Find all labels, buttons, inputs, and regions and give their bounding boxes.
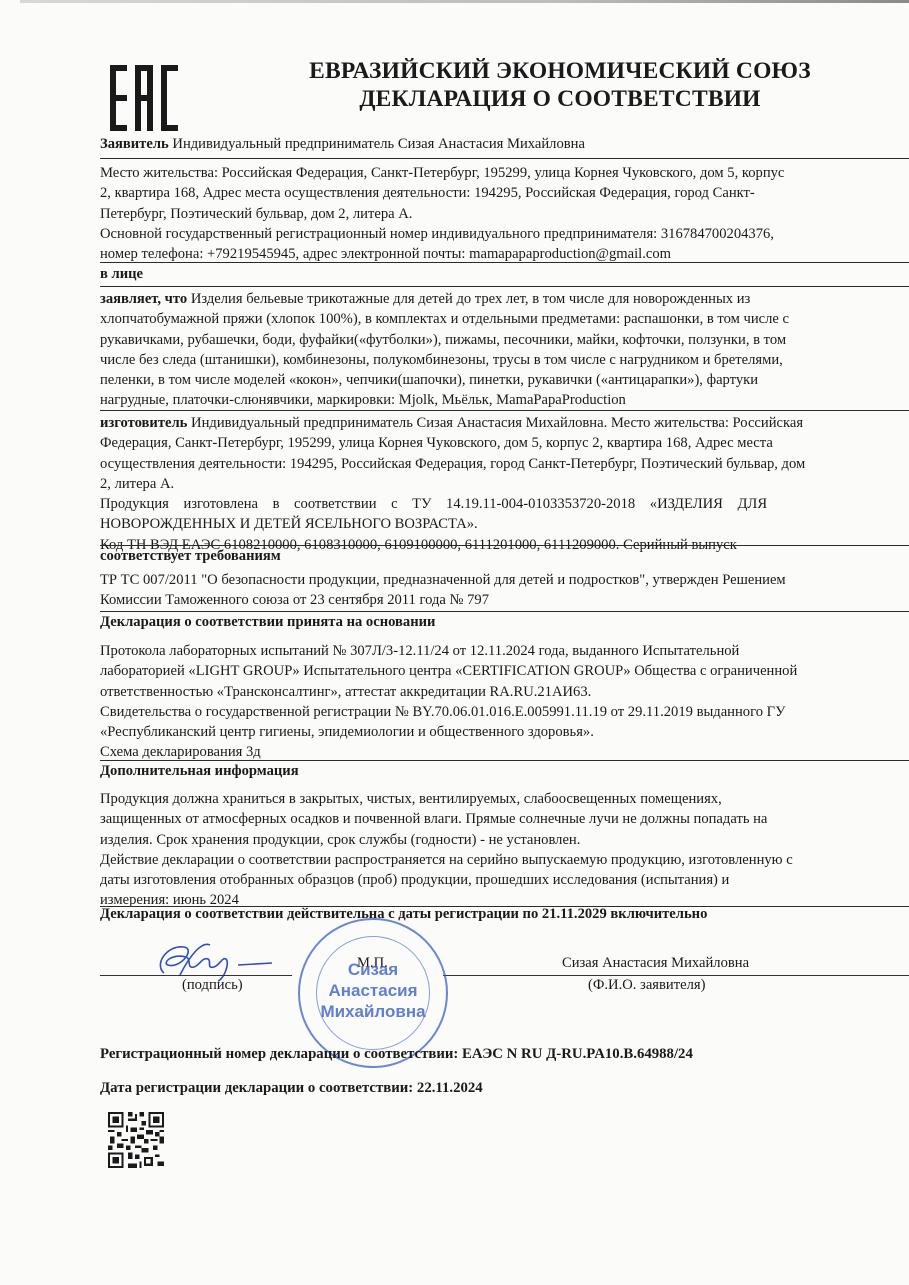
name-caption: (Ф.И.О. заявителя) xyxy=(588,977,705,994)
name-line xyxy=(443,975,909,976)
declares-label: заявляет, что xyxy=(100,291,187,307)
tu-line: Продукция изготовлена в соответствии с Т… xyxy=(100,494,909,514)
registration-date: Дата регистрации декларации о соответств… xyxy=(100,1078,909,1098)
additional-label: Дополнительная информация xyxy=(100,761,909,781)
divider xyxy=(100,410,909,411)
address-line: 2, квартира 168, Адрес места осуществлен… xyxy=(100,183,909,203)
additional-block: Продукция должна храниться в закрытых, ч… xyxy=(100,789,909,911)
storage-line: защищенных от атмосферных осадков и почв… xyxy=(100,809,909,829)
signature-line xyxy=(100,975,292,976)
union-title: ЕВРАЗИЙСКИЙ ЭКОНОМИЧЕСКИЙ СОЮЗ xyxy=(220,58,900,85)
manufacturer-line: осуществления деятельности: 194295, Росс… xyxy=(100,454,909,474)
scan-edge xyxy=(20,0,909,3)
manufacturer-block: изготовитель Индивидуальный предпринимат… xyxy=(100,413,909,555)
conforms-label: соответствует требованиям xyxy=(100,546,909,566)
regulation-line: ТР ТС 007/2011 "О безопасности продукции… xyxy=(100,570,909,590)
represented-by-label: в лице xyxy=(100,264,909,284)
regulation-line: Комиссии Таможенного союза от 23 сентябр… xyxy=(100,590,909,610)
storage-line: Продукция должна храниться в закрытых, ч… xyxy=(100,789,909,809)
basis-block: Протокола лабораторных испытаний № 307Л/… xyxy=(100,641,909,763)
ogrnip-line: Основной государственный регистрационный… xyxy=(100,224,909,244)
brands-line: нагрудные, платочки-слюнявчики, маркиров… xyxy=(100,390,909,410)
protocol-line: лабораторией «LIGHT GROUP» Испытательног… xyxy=(100,661,909,681)
stamp-name: Анастасия xyxy=(300,981,446,1001)
declares-block: заявляет, что Изделия бельевые трикотажн… xyxy=(100,289,909,411)
address-line: Петербург, Поэтический бульвар, дом 2, л… xyxy=(100,204,909,224)
manufacturer-line: Индивидуальный предприниматель Сизая Ана… xyxy=(187,415,803,431)
applicant-name: Сизая Анастасия Михайловна xyxy=(562,955,749,972)
applicant-value: Индивидуальный предприниматель Сизая Ана… xyxy=(169,136,585,152)
protocol-line: Протокола лабораторных испытаний № 307Л/… xyxy=(100,641,909,661)
declares-line: пеленки, в том числе моделей «кокон», че… xyxy=(100,370,909,390)
declares-line: рукавичками, рубашечки, боди, фуфайки(«ф… xyxy=(100,330,909,350)
manufacturer-line: 2, литера А. xyxy=(100,474,909,494)
tu-line: НОВОРОЖДЕННЫХ И ДЕТЕЙ ЯСЕЛЬНОГО ВОЗРАСТА… xyxy=(100,514,909,534)
registration-number: Регистрационный номер декларации о соотв… xyxy=(100,1044,909,1064)
storage-line: изделия. Срок хранения продукции, срок с… xyxy=(100,830,909,850)
certificate-line: Свидетельства о государственной регистра… xyxy=(100,702,909,722)
declares-line: хлопчатобумажной пряжи (хлопок 100%), в … xyxy=(100,309,909,329)
scope-line: Действие декларации о соответствии распр… xyxy=(100,850,909,870)
declares-line: Изделия бельевые трикотажные для детей д… xyxy=(187,291,750,307)
divider xyxy=(100,262,909,263)
validity-line: Декларация о соответствии действительна … xyxy=(100,904,909,924)
manufacturer-label: изготовитель xyxy=(100,415,187,431)
manufacturer-line: Федерация, Санкт-Петербург, 195299, улиц… xyxy=(100,433,909,453)
stamp-name: Сизая xyxy=(300,960,446,980)
address-block: Место жительства: Российская Федерация, … xyxy=(100,163,909,264)
applicant-label: Заявитель xyxy=(100,136,169,152)
applicant-row: Заявитель Индивидуальный предприниматель… xyxy=(100,134,909,154)
divider xyxy=(100,158,909,159)
stamp-name: Михайловна xyxy=(300,1002,446,1022)
certificate-line: «Республиканский центр гигиены, эпидемио… xyxy=(100,722,909,742)
declares-line: числе без следа (штанишки), комбинезоны,… xyxy=(100,350,909,370)
basis-label: Декларация о соответствии принята на осн… xyxy=(100,612,909,632)
divider xyxy=(100,286,909,287)
address-line: Место жительства: Российская Федерация, … xyxy=(100,163,909,183)
scope-line: даты изготовления отобранных образцов (п… xyxy=(100,870,909,890)
protocol-line: ответственностью «Трансконсалтинг», атте… xyxy=(100,682,909,702)
signature-caption: (подпись) xyxy=(182,977,243,994)
declaration-title: ДЕКЛАРАЦИЯ О СООТВЕТСТВИИ xyxy=(220,86,900,113)
eac-logo-icon xyxy=(110,65,180,131)
qr-code-icon[interactable] xyxy=(108,1112,164,1168)
conforms-block: ТР ТС 007/2011 "О безопасности продукции… xyxy=(100,570,909,611)
